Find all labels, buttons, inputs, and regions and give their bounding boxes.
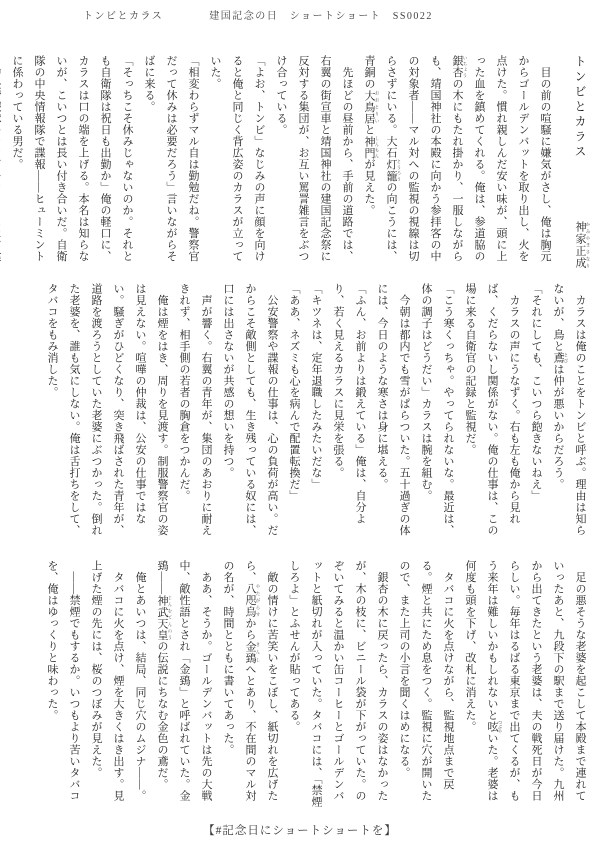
paragraph: 目の前の喧騒に嫌気がさし、俺は胸元からゴールデンバットを取り出し、火を点けた。慣…: [358, 55, 556, 269]
text-band-3: 足の悪そうな老婆を起こして本殿まで連れていったあと、九段下の駅まで送り届けた。九…: [14, 560, 591, 811]
paragraph: 「そっちこそ休みじゃないのか。それとも自衛隊は祝日も出勤か」俺の軽口に、カラスは…: [6, 55, 138, 269]
paragraph: 今朝は都内でも雪がぱらついた。五十過ぎの体には、今日のような寒さは身に堪える。: [371, 283, 415, 546]
paragraph: 俺とあいつは、結局、同じ穴のムジナ――。: [129, 560, 151, 811]
paragraph: 銀杏の木に戻ったら、カラスの姿はなかったが、木の枝に、ビニール袋が下がっていた。…: [283, 560, 393, 811]
paragraph: 「キツネは、定年退職したみたいだな」: [305, 283, 327, 546]
paragraph: 中央情報隊のシンボルマークには、建国神話に出てくる三本足の烏からす――八咫烏やた…: [0, 55, 6, 269]
paragraph: 俺は煙をはき、周りを見渡す。制服警察官の姿は見えない。喧嘩の仲裁は、公安の仕事で…: [41, 283, 173, 546]
header-meta: 建国記念の日 ショートショート SS0022: [209, 11, 433, 22]
paragraph: 「ああ、ネズミも心を病んで配置転換だ」: [283, 283, 305, 546]
story-author: 神家正成かみやまさなり: [569, 221, 591, 269]
paragraph: 「相変わらずマル自は勤勉だね。警察官だって休みは必要だろう」言いながらそばに来る…: [138, 55, 204, 269]
paragraph: ――禁煙でもするか。いつもより苦いタバコを、俺はゆっくりと味わった。: [41, 560, 85, 811]
paragraph: 敵の情けに苦笑いをこぼし、紙切れを広げたら、八咫烏やたがらすから金鵄きんしへとあ…: [217, 560, 283, 811]
paragraph: カラスは俺のことをトンビと呼ぶ。理由は知らないが、鳥と鳶とびは仲が悪いからだろう…: [547, 283, 591, 546]
text-band-2: カラスは俺のことをトンビと呼ぶ。理由は知らないが、鳥と鳶とびは仲が悪いからだろう…: [14, 283, 591, 546]
page-header: トンビとカラス建国記念の日 ショートショート SS0022: [83, 7, 590, 22]
paragraph: 「それにしても、こいつら飽きないねえ」: [525, 283, 547, 546]
paragraph: 先ほどの昼前から、手前の道路では、右翼の街宣車と靖国神社の建国記念祭に反対する集…: [270, 55, 358, 269]
paragraph: 公安警察や諜報の仕事は、心の負荷が高い。だからこそ敵側としても、生き残っている奴…: [217, 283, 283, 546]
paragraph: 「ふん、お前よりは鍛えている」俺は、自分より、若く見えるカラスに見栄を張る。: [327, 283, 371, 546]
paragraph: タバコに火を点け、煙を大きくはき出す。見上げた煙の先には、桜のつぼみが見えた。: [85, 560, 129, 811]
text-band-1: トンビとカラス 神家正成かみやまさなり 目の前の喧騒に嫌気がさし、俺は胸元からゴ…: [34, 55, 591, 269]
footer-hashtag: 【#記念日にショートショートを】: [0, 822, 600, 838]
title-column: トンビとカラス 神家正成かみやまさなり: [569, 55, 591, 269]
paragraph: 足の悪そうな老婆を起こして本殿まで連れていったあと、九段下の駅まで送り届けた。九…: [459, 560, 591, 811]
paragraph: カラスの声にうなずく。右も左も俺から見れば、くだらないし関係がない。俺の仕事は、…: [459, 283, 525, 546]
paragraph: ああ、そうか。ゴールデンバットは先の大戦中、敵性語とされ「金鵄」と呼ばれていた。…: [151, 560, 217, 811]
author-furigana: かみやまさなり: [586, 221, 591, 269]
paragraph: タバコに火を点けながら、監視地点まで戻る。煙と共にため息をつく。監視に穴が開いた…: [393, 560, 459, 811]
author-name: 神家正成: [574, 221, 586, 269]
paragraph: 「よお、トンビ」なじみの声に顔を向けると俺と同じく背広姿のカラスが立っていた。: [204, 55, 270, 269]
paragraph: 「こう寒くっちゃ。やってられないな。最近は、体の調子はどうだい」カラスは腕を組む…: [415, 283, 459, 546]
paragraph: 声が響く。右翼の青年が、集団のあおりに耐えきれず、相手側の若者の胸倉をつかんだ。: [173, 283, 217, 546]
document-page: トンビとカラス建国記念の日 ショートショート SS0022 トンビとカラス 神家…: [0, 0, 600, 850]
header-running-title: トンビとカラス: [83, 11, 163, 22]
story-title: トンビとカラス: [569, 55, 591, 160]
